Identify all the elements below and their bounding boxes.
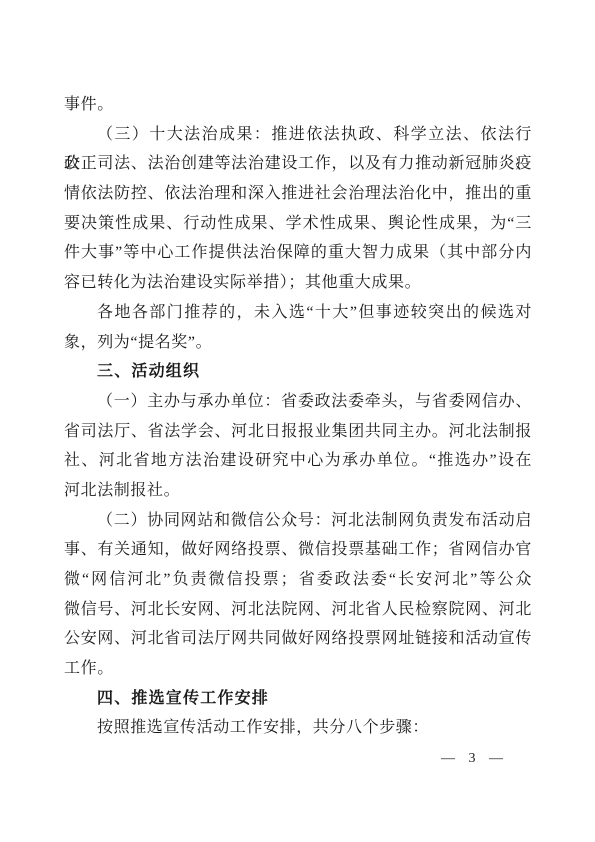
- text-line: 各地各部门推荐的，未入选“十大”但事迹较突出的候选对: [64, 298, 532, 328]
- text-line: 件大事”等中心工作提供法治保障的重大智力成果（其中部分内: [64, 238, 532, 268]
- text-line: 容已转化为法治建设实际举措）；其他重大成果。: [64, 268, 532, 298]
- text-line: 河北法制报社。: [64, 476, 532, 506]
- text-line: 按照推选宣传活动工作安排，共分八个步骤：: [64, 713, 532, 743]
- text-line: （三）十大法治成果：推进依法执政、科学立法、依法行政、: [64, 120, 532, 150]
- text-line: 公正司法、法治创建等法治建设工作，以及有力推动新冠肺炎疫: [64, 149, 532, 179]
- page-number: — 3 —: [441, 750, 505, 768]
- text-line: （二）协同网站和微信公众号：河北法制网负责发布活动启: [64, 506, 532, 536]
- text-line: 社、河北省地方法治建设研究中心为承办单位。“推选办”设在: [64, 446, 532, 476]
- text-line: 事件。: [64, 90, 532, 120]
- text-line: 微“网信河北”负责微信投票；省委政法委“长安河北”等公众: [64, 565, 532, 595]
- section-heading: 三、活动组织: [64, 357, 532, 387]
- text-line: （一）主办与承办单位：省委政法委牵头，与省委网信办、: [64, 387, 532, 417]
- text-line: 情依法防控、依法治理和深入推进社会治理法治化中，推出的重: [64, 179, 532, 209]
- text-line: 事、有关通知，做好网络投票、微信投票基础工作；省网信办官: [64, 535, 532, 565]
- text-line: 工作。: [64, 654, 532, 684]
- section-heading: 四、推选宣传工作安排: [64, 684, 532, 714]
- text-line: 要决策性成果、行动性成果、学术性成果、舆论性成果，为“三: [64, 209, 532, 239]
- text-line: 象，列为“提名奖”。: [64, 328, 532, 358]
- document-body: 事件。（三）十大法治成果：推进依法执政、科学立法、依法行政、公正司法、法治创建等…: [64, 90, 532, 743]
- document-page: 事件。（三）十大法治成果：推进依法执政、科学立法、依法行政、公正司法、法治创建等…: [0, 0, 595, 842]
- text-line: 省司法厅、省法学会、河北日报报业集团共同主办。河北法制报: [64, 417, 532, 447]
- text-line: 微信号、河北长安网、河北法院网、河北省人民检察院网、河北: [64, 595, 532, 625]
- text-line: 公安网、河北省司法厅网共同做好网络投票网址链接和活动宣传: [64, 624, 532, 654]
